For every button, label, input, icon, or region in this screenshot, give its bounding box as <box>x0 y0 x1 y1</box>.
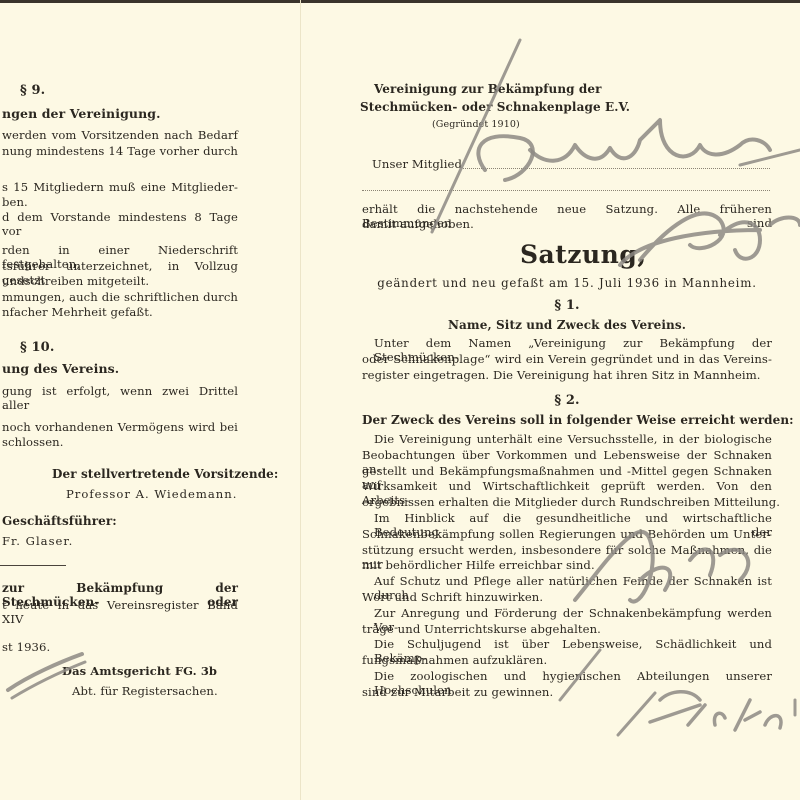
org-name-line2: Stechmücken- oder Schnakenplage E.V. <box>360 100 630 114</box>
section-9-line: nfacher Mehrheit gefaßt. <box>2 305 153 319</box>
court-stamp-department: Abt. für Registersachen. <box>72 684 218 698</box>
section-9-line: nung mindestens 14 Tage vorher durch <box>2 144 238 158</box>
handwriting-signature-bottom <box>618 692 795 735</box>
court-stamp-name: Das Amtsgericht FG. 3b <box>62 664 217 678</box>
section-10-line: noch vorhandenen Vermögens wird bei <box>2 420 238 434</box>
section-1-heading: Name, Sitz und Zweck des Vereins. <box>362 318 772 332</box>
section-10-line: schlossen. <box>2 435 64 449</box>
section-2-line: träge und Unterrichtskurse abgehalten. <box>362 622 601 636</box>
section-9-line: ben. <box>2 195 28 209</box>
section-9-line: werden vom Vorsitzenden nach Bedarf <box>2 128 238 142</box>
section-1-line: register eingetragen. Die Vereinigung ha… <box>362 368 761 382</box>
member-label: Unser Mitglied <box>372 157 462 171</box>
section-2-line: Schnakenbekämpfung sollen Regierungen un… <box>362 527 772 541</box>
section-10-number: § 10. <box>20 340 54 355</box>
org-name-line1: Vereinigung zur Bekämpfung der <box>374 82 602 96</box>
receives-text: damit aufgehoben. <box>362 217 474 231</box>
founded-note: (Gegründet 1910) <box>432 119 520 130</box>
page-fold-line <box>300 0 301 800</box>
deputy-chair-name: Professor A. Wiedemann. <box>66 487 237 501</box>
section-2-line: Die Vereinigung unterhält eine Versuchss… <box>374 432 772 446</box>
registration-line: t heute in das Vereinsregister Band XIV <box>2 598 238 626</box>
section-10-heading: ung des Vereins. <box>2 361 119 376</box>
section-10-line: gung ist erfolgt, wenn zwei Drittel alle… <box>2 384 238 412</box>
section-2-line: sind zur Mitarbeit zu gewinnen. <box>362 685 553 699</box>
section-2-line: mit behördlicher Hilfe erreichbar sind. <box>362 558 595 572</box>
section-9-line: d dem Vorstande mindestens 8 Tage vor <box>2 210 238 238</box>
section-1-number: § 1. <box>362 298 772 313</box>
section-9-number: § 9. <box>20 83 45 98</box>
section-9-line: s 15 Mitgliedern muß eine Mitglieder- <box>2 180 238 194</box>
section-2-line: ergebnissen erhalten die Mitglieder durc… <box>362 495 780 509</box>
section-10-line: . <box>2 398 6 412</box>
section-2-number: § 2. <box>362 393 772 408</box>
member-name-field-line2 <box>362 190 770 191</box>
section-1-line: oder Schnakenplage“ wird ein Verein gegr… <box>362 352 772 366</box>
registration-line: st 1936. <box>2 640 50 654</box>
manager-name: Fr. Glaser. <box>2 534 73 548</box>
section-2-heading: Der Zweck des Vereins soll in folgender … <box>362 413 772 427</box>
section-9-line: undschreiben mitgeteilt. <box>2 274 149 288</box>
member-name-field <box>463 168 770 169</box>
section-2-line: fungsmaßnahmen aufzuklären. <box>362 653 547 667</box>
divider-rule <box>0 565 66 566</box>
section-9-line: mmungen, auch die schriftlichen durch <box>2 290 238 304</box>
section-2-line: Wort und Schrift hinzuwirken. <box>362 590 543 604</box>
section-9-heading: ngen der Vereinigung. <box>2 106 161 121</box>
deputy-chair-title: Der stellvertretende Vorsitzende: <box>52 467 278 481</box>
document-title: Satzung, <box>520 240 647 269</box>
scan-top-border <box>0 0 800 3</box>
document-subtitle: geändert und neu gefaßt am 15. Juli 1936… <box>362 276 772 290</box>
manager-title: Geschäftsführer: <box>2 514 117 528</box>
